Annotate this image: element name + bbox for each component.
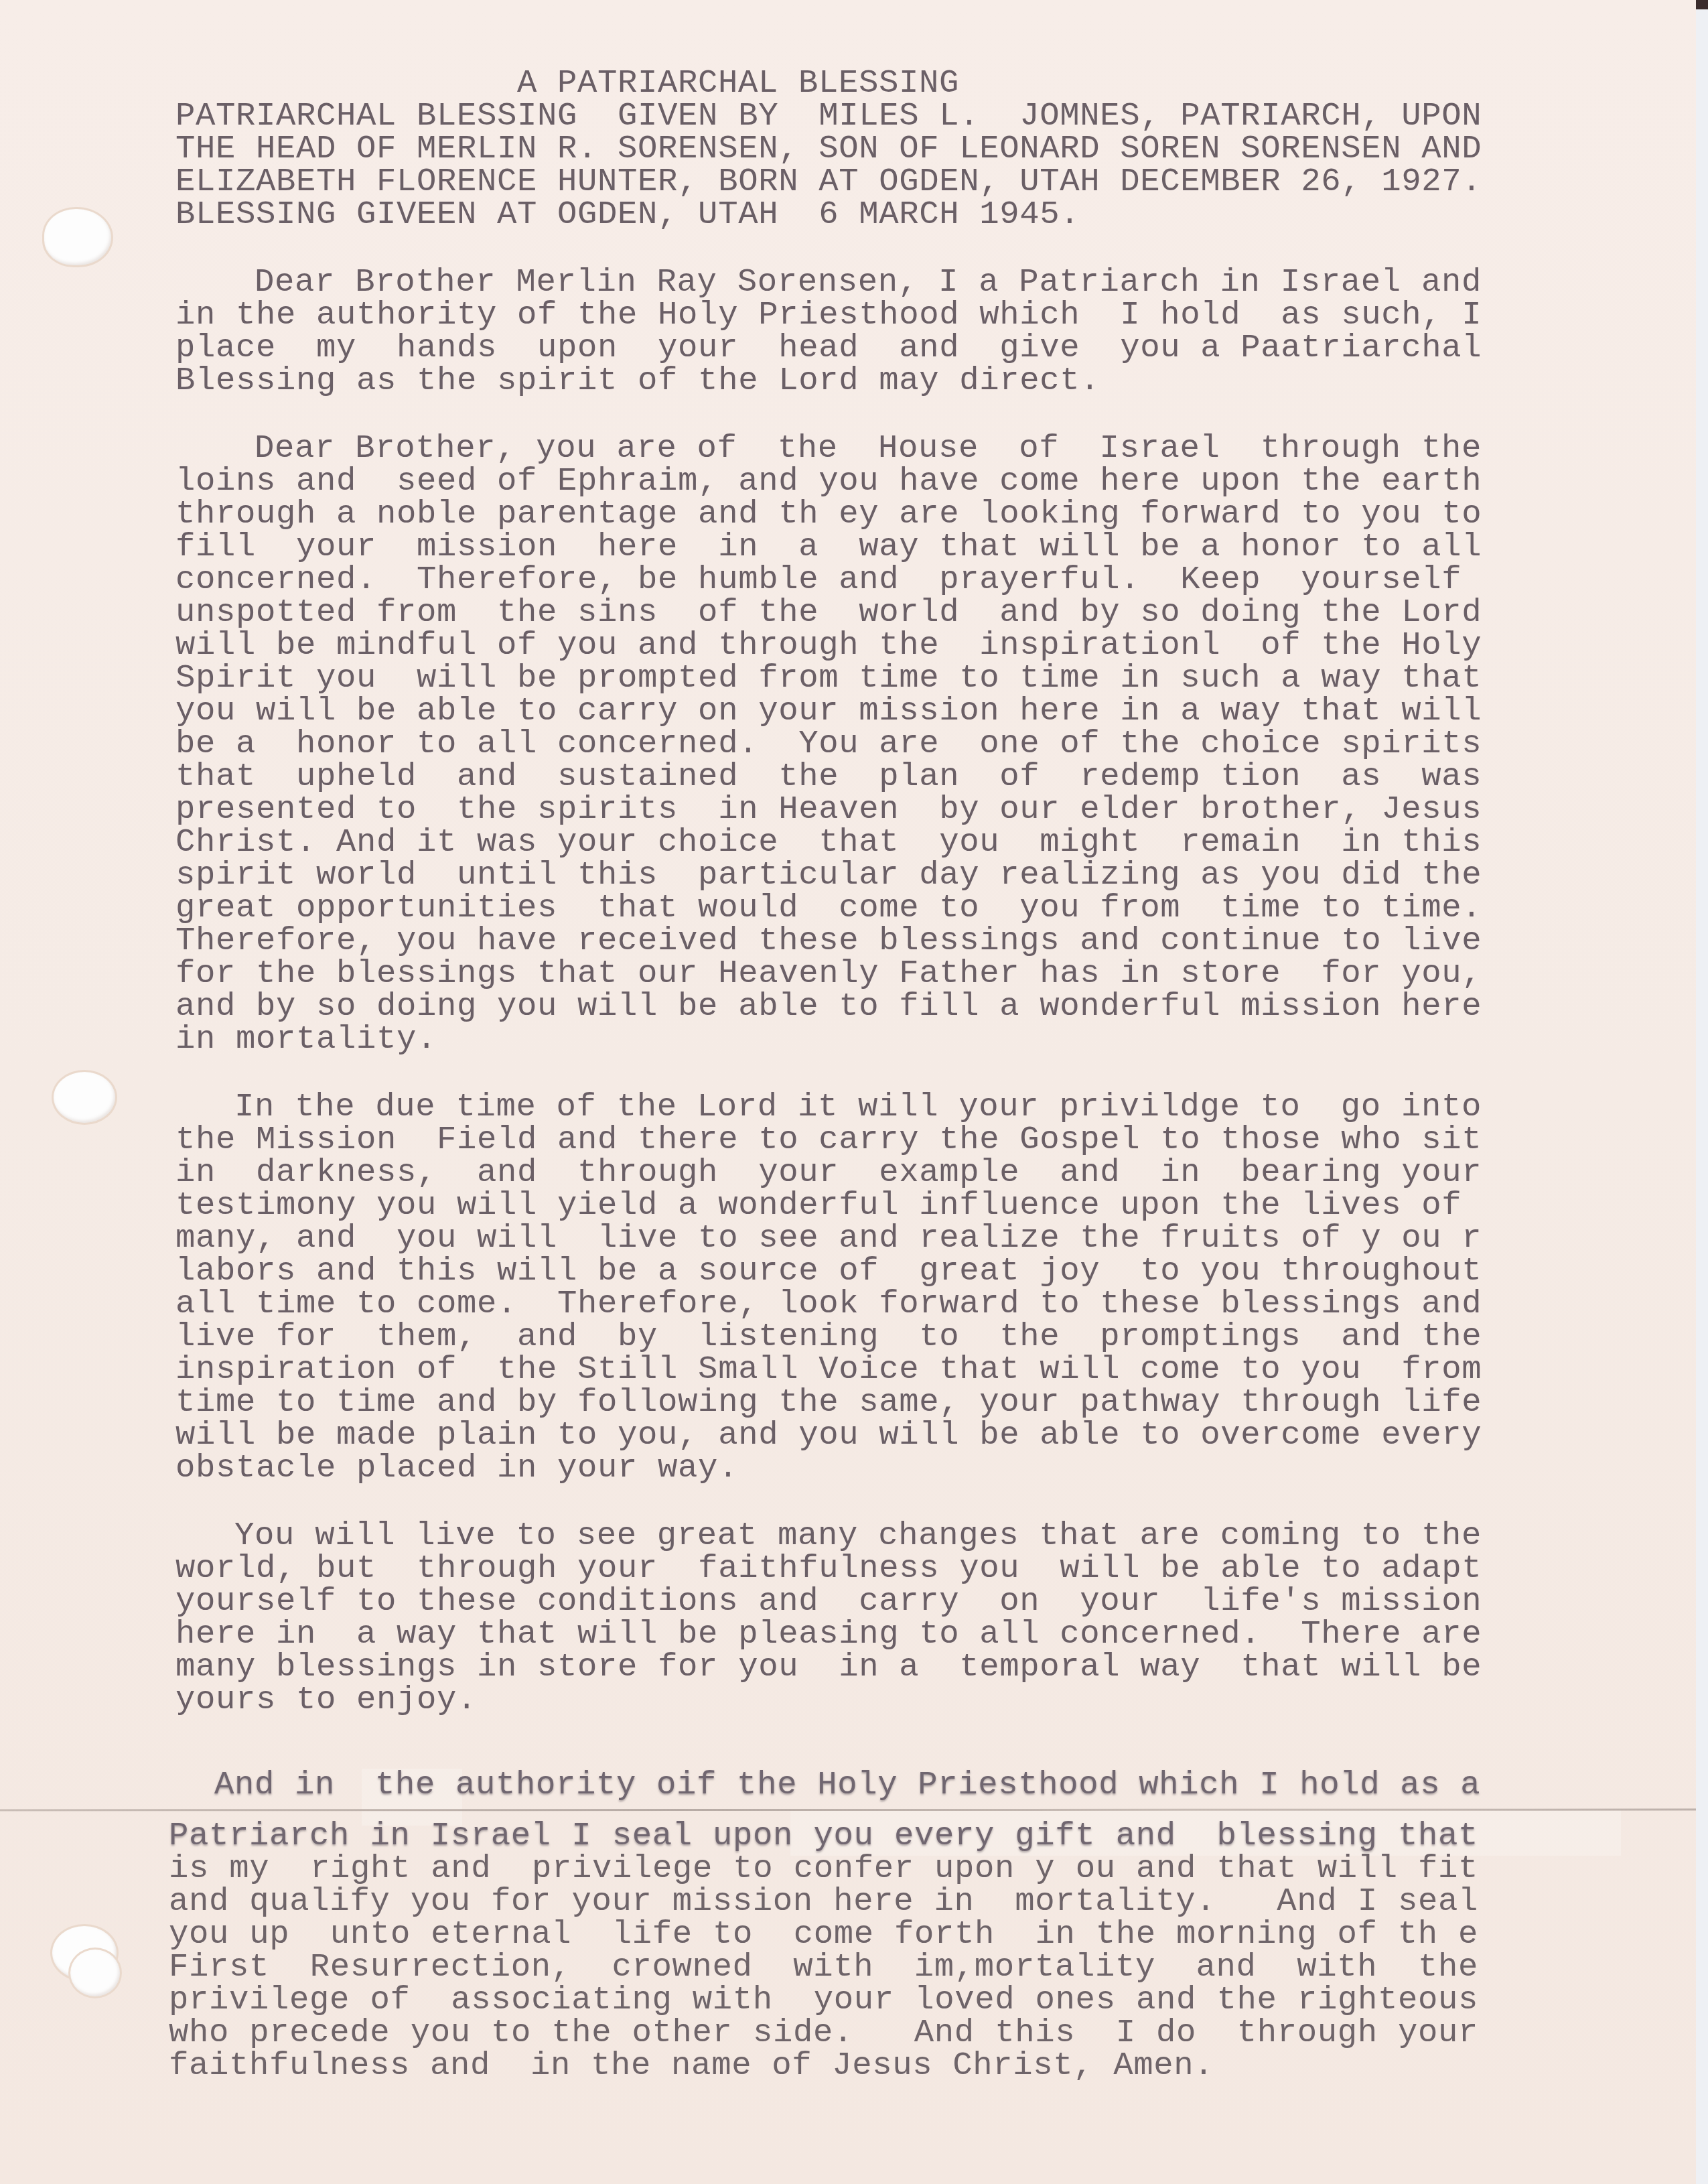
text-line: presented to the spirits in Heaven by ou… [175, 793, 1482, 826]
text-line: Patriarch in Israel I seal upon you ever… [169, 1820, 1478, 1852]
header-line: BLESSING GIVEEN AT OGDEN, UTAH 6 MARCH 1… [175, 198, 1482, 231]
paragraph-sealing: Patriarch in Israel I seal upon you ever… [169, 1820, 1478, 2082]
text-line: will be made plain to you, and you will … [175, 1419, 1482, 1452]
paragraph-mission: In the due time of the Lord it will your… [175, 1091, 1482, 1485]
header-line: PATRIARCHAL BLESSING GIVEN BY MILES L. J… [175, 100, 1482, 133]
text-line: in darkness, and through your example an… [175, 1156, 1482, 1189]
text-line: Therefore, you have received these bless… [175, 925, 1482, 957]
text-line: loins and seed of Ephraim, and you have … [175, 465, 1482, 498]
text-line: unspotted from the sins of the world and… [175, 596, 1482, 629]
text-line: In the due time of the Lord it will your… [175, 1091, 1482, 1123]
text-line: You will live to see great many changes … [175, 1519, 1482, 1552]
text-line: testimony you will yield a wonderful inf… [175, 1189, 1482, 1222]
text-line: yours to enjoy. [175, 1684, 1482, 1716]
text-line: Spirit you will be prompted from time to… [175, 662, 1482, 695]
header-line: THE HEAD OF MERLIN R. SORENSEN, SON OF L… [175, 133, 1482, 165]
text-line: And in the authority oif the Holy Priest… [169, 1769, 1478, 1801]
text-line: for the blessings that our Heavenly Fath… [175, 957, 1482, 990]
scan-corner-shadow [1696, 0, 1708, 9]
scan-edge [1696, 0, 1708, 2184]
punch-hole-bottom-torn [70, 1950, 120, 1996]
text-line: Dear Brother, you are of the House of Is… [175, 432, 1482, 465]
text-line: is my right and privilege to confer upon… [169, 1852, 1478, 1885]
text-line: time to time and by following the same, … [175, 1386, 1482, 1419]
text-line: be a honor to all concerned. You are one… [175, 728, 1482, 760]
text-line: yourself to these conditions and carry o… [175, 1585, 1482, 1618]
paragraph-sealing-start: And in the authority oif the Holy Priest… [169, 1769, 1478, 1801]
text-line: all time to come. Therefore, look forwar… [175, 1288, 1482, 1320]
text-line: Christ. And it was your choice that you … [175, 826, 1482, 859]
text-line: you up unto eternal life to come forth i… [169, 1918, 1478, 1951]
paragraph-lineage: Dear Brother, you are of the House of Is… [175, 432, 1482, 1056]
blessing-document: A PATRIARCHAL BLESSING PATRIARCHAL BLESS… [175, 67, 1482, 1716]
text-line: in mortality. [175, 1023, 1482, 1056]
text-line: concerned. Therefore, be humble and pray… [175, 563, 1482, 596]
punch-hole-top [44, 209, 111, 265]
text-line: Dear Brother Merlin Ray Sorensen, I a Pa… [175, 266, 1482, 299]
text-line: great opportunities that would come to y… [175, 892, 1482, 925]
text-line: you will be able to carry on your missio… [175, 695, 1482, 728]
punch-hole-middle [54, 1072, 115, 1123]
text-line: Blessing as the spirit of the Lord may d… [175, 364, 1482, 397]
text-line: live for them, and by listening to the p… [175, 1320, 1482, 1353]
text-line: labors and this will be a source of grea… [175, 1255, 1482, 1288]
header-block: PATRIARCHAL BLESSING GIVEN BY MILES L. J… [175, 100, 1482, 231]
text-line: faithfulness and in the name of Jesus Ch… [169, 2049, 1478, 2082]
text-line: that upheld and sustained the plan of re… [175, 760, 1482, 793]
text-line: world, but through your faithfulness you… [175, 1552, 1482, 1585]
text-line: fill your mission here in a way that wil… [175, 531, 1482, 563]
text-line: here in a way that will be pleasing to a… [175, 1618, 1482, 1651]
text-line: inspiration of the Still Small Voice tha… [175, 1353, 1482, 1386]
text-line: and by so doing you will be able to fill… [175, 990, 1482, 1023]
text-line: spirit world until this particular day r… [175, 859, 1482, 892]
paragraph-changes: You will live to see great many changes … [175, 1519, 1482, 1716]
paragraph-greeting: Dear Brother Merlin Ray Sorensen, I a Pa… [175, 266, 1482, 397]
text-line: the Mission Field and there to carry the… [175, 1123, 1482, 1156]
text-line: and qualify you for your mission here in… [169, 1885, 1478, 1918]
text-line: in the authority of the Holy Priesthood … [175, 299, 1482, 332]
header-line: ELIZABETH FLORENCE HUNTER, BORN AT OGDEN… [175, 165, 1482, 198]
text-line: place my hands upon your head and give y… [175, 332, 1482, 364]
text-line: through a noble parentage and th ey are … [175, 498, 1482, 531]
text-line: privilege of associating with your loved… [169, 1984, 1478, 2017]
text-line: First Resurrection, crowned with im,mort… [169, 1951, 1478, 1984]
text-line: will be mindful of you and through the i… [175, 629, 1482, 662]
document-title: A PATRIARCHAL BLESSING [175, 67, 1482, 100]
text-line: many, and you will live to see and reali… [175, 1222, 1482, 1255]
text-line: many blessings in store for you in a tem… [175, 1651, 1482, 1684]
text-line: obstacle placed in your way. [175, 1452, 1482, 1485]
text-line: who precede you to the other side. And t… [169, 2017, 1478, 2049]
